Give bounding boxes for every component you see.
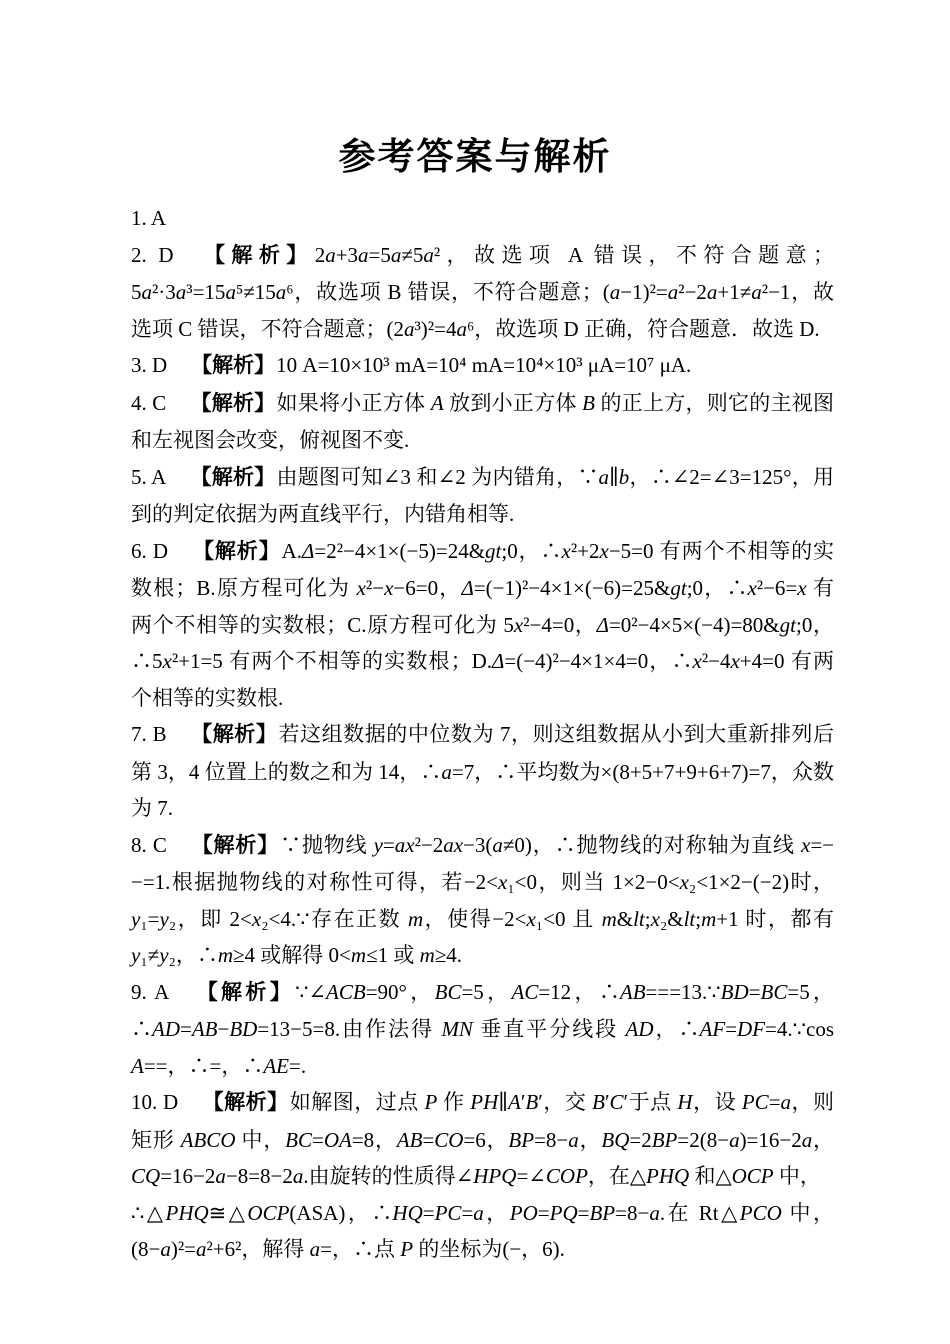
text-run: ，∴	[703, 576, 747, 600]
math-run: Δ=(−4)²−4×1×4=0	[492, 649, 648, 673]
text-run: ，交	[543, 1090, 592, 1114]
text-run: <1×2−(−2)时，	[696, 870, 834, 894]
math-run: AF=DF	[700, 1017, 766, 1041]
math-run: (8−a)²=a²+6²	[131, 1237, 241, 1261]
question-number-answer: 8. C	[131, 833, 167, 857]
text-run: <0，则当 1×2−0<	[515, 870, 680, 894]
question-paragraph: 2. D【解析】2a+3a=5a≠5a²，故选项 A 错误，不符合题意；5a²·…	[131, 237, 834, 348]
text-run: ≅△	[209, 1201, 248, 1225]
text-run: <0 且	[543, 907, 601, 931]
math-run: x²−4x+4=0	[692, 649, 784, 673]
math-run: x²−x−6=0	[357, 576, 438, 600]
text-run: ===13.∵	[646, 980, 721, 1004]
text-run: ，使得−2<	[423, 907, 526, 931]
question-paragraph: 6. D【解析】A.Δ=2²−4×1×(−5)=24&gt;0，∴x²+2x−5…	[131, 533, 834, 717]
text-run: ≥4.	[435, 943, 462, 967]
text-run: =12，∴	[538, 980, 620, 1004]
math-run: m	[420, 943, 435, 967]
text-run: (ASA)	[289, 1201, 345, 1225]
text-run: ，∴	[345, 1201, 392, 1225]
text-run: ，	[574, 613, 596, 637]
text-run: ，∴抛物线的对称轴为直线	[532, 833, 801, 857]
text-run: ∵抛物线	[280, 833, 373, 857]
math-run: H	[677, 1090, 692, 1114]
math-run: m	[351, 943, 366, 967]
math-run: x²−6=x	[747, 576, 806, 600]
explanation-tag: 【解析】	[191, 354, 275, 377]
text-run: ≥4 或解得 0<	[233, 943, 351, 967]
math-run: x₂	[252, 907, 269, 931]
explanation-tag: 【解析】	[191, 723, 278, 746]
math-run: x₁	[498, 870, 515, 894]
explanation-tag: 【解析】	[191, 834, 279, 857]
question-paragraph: 3. D【解析】10 A=10×10³ mA=10⁴ mA=10⁴×10³ μA…	[131, 347, 834, 385]
math-run: MN	[441, 1017, 473, 1041]
math-run: x	[801, 833, 810, 857]
math-run: OCP	[732, 1164, 774, 1188]
math-run: ABCO	[181, 1128, 236, 1152]
math-run: COP	[546, 1164, 588, 1188]
text-run: D.	[472, 649, 492, 673]
text-run: =∠	[516, 1164, 545, 1188]
text-run: ==，∴=，∴	[144, 1054, 264, 1078]
math-run: m&lt;x₂&lt;m+1	[602, 907, 739, 931]
math-run: a	[441, 760, 452, 784]
text-run: ，故选项 A 错误，不符合题意；	[440, 243, 834, 267]
math-run: x₁	[526, 907, 543, 931]
text-run: ≤1 或	[366, 943, 420, 967]
math-run: PC=a	[742, 1090, 791, 1114]
text-run: 如果将小正方体	[277, 391, 431, 415]
text-run: ，	[438, 576, 461, 600]
text-run: 放到小正方体	[444, 391, 583, 415]
text-run: ，在△	[588, 1164, 646, 1188]
math-run: PCO	[740, 1201, 782, 1225]
math-run: x²+2x−5=0	[562, 539, 654, 563]
question-paragraph: 7. B【解析】若这组数据的中位数为 7，则这组数据从小到大重新排列后第 3，4…	[131, 716, 834, 827]
text-run: ，∴	[654, 1017, 700, 1041]
question-number-answer: 3. D	[131, 353, 167, 377]
math-run: y₁=y₂	[131, 907, 176, 931]
text-run: 10 A=10×10³ mA=10⁴ mA=10⁴×10³ μA=10⁷ μA.	[276, 353, 691, 377]
question-number-answer: 5. A	[131, 465, 166, 489]
math-run: HPQ	[473, 1164, 516, 1188]
math-run: m	[218, 943, 233, 967]
text-run: =90°，	[366, 980, 435, 1004]
math-run: B′C′	[592, 1090, 628, 1114]
math-run: x₂	[680, 870, 697, 894]
question-paragraph: 8. C【解析】∵抛物线 y=ax²−2ax−3(a≠0)，∴抛物线的对称轴为直…	[131, 827, 834, 974]
text-run: 由旋转的性质得∠	[309, 1164, 474, 1188]
text-run: B.	[196, 576, 215, 600]
text-run: △	[719, 1201, 740, 1225]
math-run: a	[310, 1237, 321, 1261]
text-run: ，∴	[518, 539, 562, 563]
math-run: m	[408, 907, 423, 931]
text-run: =13−5=8.由作法得	[257, 1017, 441, 1041]
text-run: =.	[289, 1054, 306, 1078]
text-run: 有两个不相等的实数根；	[223, 649, 472, 673]
math-run: ACB	[326, 980, 366, 1004]
question-paragraph: 1. A	[131, 200, 834, 237]
text-run: 和△	[689, 1164, 731, 1188]
math-run: PHQ	[646, 1164, 689, 1188]
text-run: =，∴点	[320, 1237, 400, 1261]
math-run: A	[431, 391, 444, 415]
math-run: AD=AB−BD	[152, 1017, 257, 1041]
math-run: P	[424, 1090, 437, 1114]
text-run: 中，	[782, 1201, 834, 1225]
text-run: C.	[347, 613, 366, 637]
text-run: Rt	[699, 1201, 719, 1225]
text-run: 垂直平分线段	[473, 1017, 626, 1041]
text-run: cos	[806, 1017, 834, 1041]
math-run: (a−1)²=a²−2a+1≠a²−1	[603, 280, 791, 304]
math-run: Δ=2²−4×1×(−5)=24&gt;0	[302, 539, 518, 563]
text-run: =4.∵	[765, 1017, 806, 1041]
question-paragraph: 9. A【解析】∵∠ACB=90°，BC=5，AC=12，∴AB===13.∵B…	[131, 974, 834, 1085]
math-run: P	[400, 1237, 413, 1261]
document-content: 1. A2. D【解析】2a+3a=5a≠5a²，故选项 A 错误，不符合题意；…	[131, 200, 834, 1268]
question-paragraph: 4. C【解析】如果将小正方体 A 放到小正方体 B 的正上方，则它的主视图和左…	[131, 385, 834, 459]
math-run: Δ=(−1)²−4×1×(−6)=25&gt;0	[462, 576, 704, 600]
math-run: PH∥A′B′	[470, 1090, 543, 1114]
text-run: ∴△	[131, 1201, 166, 1225]
text-run: ，∴	[176, 943, 218, 967]
math-run: BD=BC	[721, 980, 788, 1004]
text-run: 中，	[235, 1128, 285, 1152]
text-run: 原方程可化为	[367, 613, 504, 637]
text-run: 于点	[628, 1090, 677, 1114]
math-run: AB	[620, 980, 646, 1004]
question-number-answer: 4. C	[131, 391, 166, 415]
question-number-answer: 9. A	[131, 980, 169, 1004]
math-run: AE	[263, 1054, 289, 1078]
text-run: 作	[437, 1090, 470, 1114]
explanation-tag: 【解析】	[192, 540, 281, 563]
math-run: 5x²−4=0	[503, 613, 574, 637]
question-number-answer: 6. D	[131, 539, 168, 563]
text-run: ，故选项 D 正确，符合题意．故选 D.	[474, 317, 819, 341]
question-paragraph: 5. A【解析】由题图可知∠3 和∠2 为内错角，∵a∥b，∴∠2=∠3=125…	[131, 459, 834, 533]
text-run: 如解图，过点	[290, 1090, 425, 1114]
math-run: HQ=PC=a，PO=PQ=BP=8−a.	[392, 1201, 665, 1225]
text-run: 原方程可化为	[216, 576, 357, 600]
text-run: 中，	[774, 1164, 821, 1188]
math-run: AD	[626, 1017, 654, 1041]
text-run: ，∴	[648, 649, 692, 673]
explanation-tag: 【解析】	[190, 392, 275, 415]
question-number-answer: 10. D	[131, 1090, 178, 1114]
math-run: (2a³)²=4a⁶	[387, 317, 475, 341]
math-run: 5a²·3a³=15a⁵≠15a⁶	[131, 280, 294, 304]
math-run: y=ax²−2ax−3(a≠0)	[374, 833, 532, 857]
document-title: 参考答案与解析	[0, 0, 950, 180]
math-run: y₁≠y₂	[131, 943, 176, 967]
text-run: 在	[665, 1201, 699, 1225]
math-run: a∥b	[599, 465, 630, 489]
math-run: 5x²+1=5	[152, 649, 223, 673]
explanation-tag: 【解析】	[198, 244, 314, 267]
question-number-answer: 2. D	[131, 243, 174, 267]
text-run: 时，都有	[739, 907, 834, 931]
question-number-answer: 7. B	[131, 722, 167, 746]
explanation-tag: 【解析】	[190, 466, 275, 489]
question-number-answer: 1. A	[131, 206, 166, 230]
math-run: Δ=0²−4×5×(−4)=80&gt;0	[597, 613, 813, 637]
text-run: ，解得	[241, 1237, 309, 1261]
math-run: AC	[512, 980, 539, 1004]
document-page: 参考答案与解析 1. A2. D【解析】2a+3a=5a≠5a²，故选项 A 错…	[0, 0, 950, 1344]
math-run: OCP	[247, 1201, 289, 1225]
text-run: ，设	[693, 1090, 742, 1114]
explanation-tag: 【解析】	[202, 1091, 289, 1114]
text-run: ，即 2<	[176, 907, 252, 931]
text-run: =5，	[461, 980, 511, 1004]
math-run: PHQ	[166, 1201, 209, 1225]
question-paragraph: 10. D【解析】如解图，过点 P 作 PH∥A′B′，交 B′C′于点 H，设…	[131, 1084, 834, 1268]
text-run: <4.∵存在正数	[269, 907, 408, 931]
text-run: A.	[282, 539, 302, 563]
math-run: BC	[435, 980, 462, 1004]
text-run: ∵∠	[295, 980, 326, 1004]
explanation-tag: 【解析】	[193, 981, 294, 1004]
math-run: A	[131, 1054, 144, 1078]
math-run: B	[582, 391, 595, 415]
text-run: 的坐标为(−，6).	[413, 1237, 565, 1261]
text-run: ，故选项 B 错误，不符合题意；	[294, 280, 603, 304]
math-run: 2a+3a=5a≠5a²	[315, 243, 441, 267]
text-run: 由题图可知∠3 和∠2 为内错角，∵	[277, 465, 599, 489]
